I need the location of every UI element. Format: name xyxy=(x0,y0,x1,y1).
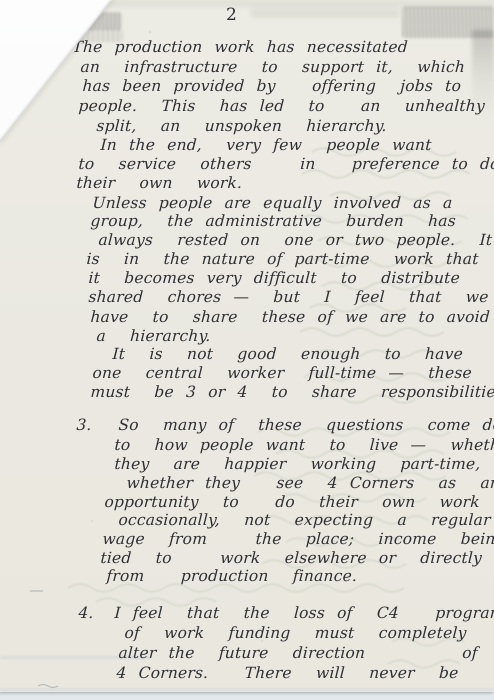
handwritten-line: 4 Corners. There will never be xyxy=(116,664,459,682)
handwritten-line: a hierarchy. xyxy=(96,327,211,345)
handwritten-line: shared chores — but I feel that we xyxy=(88,288,489,306)
handwritten-line: their own work. xyxy=(76,174,243,192)
list-number-3: 3. xyxy=(76,416,92,434)
handwritten-line: always rested on one or two people. It xyxy=(98,231,493,249)
handwritten-line: of work funding must completely xyxy=(124,624,467,642)
pencil-marks xyxy=(30,591,58,688)
handwritten-line: to how people want to live — whether xyxy=(114,436,494,454)
handwritten-line: tied to work elsewhere or directly xyxy=(100,549,482,567)
scanned-document: { "page": { "page_number": "2", "colors"… xyxy=(0,0,494,700)
handwritten-line: The production work has necessitated xyxy=(72,38,408,56)
handwritten-line: occasionally, not expecting a regular xyxy=(118,511,491,529)
handwritten-line: from production finance. xyxy=(106,567,358,585)
handwritten-line: In the end, very few people want xyxy=(100,136,432,154)
handwritten-line: Unless people are equally involved as a xyxy=(92,194,453,212)
handwritten-line: one central worker full-time — these xyxy=(92,364,472,382)
handwritten-line: people. This has led to an unhealthy xyxy=(78,97,485,115)
handwritten-line: split, an unspoken hierarchy. xyxy=(96,117,387,135)
handwritten-line: have to share these of we are to avoid xyxy=(90,308,490,326)
handwritten-line: they are happier working part-time, xyxy=(114,455,481,473)
handwritten-line: is in the nature of part-time work that xyxy=(86,250,479,268)
handwritten-line: an infrastructure to support it, which xyxy=(80,58,466,76)
handwritten-line: it becomes very difficult to distribute xyxy=(88,269,460,287)
handwritten-line: opportunity to do their own work xyxy=(104,493,480,511)
list-number-4: 4. xyxy=(78,604,94,622)
paper-wrap: 2 The production work has necessitatedan… xyxy=(0,0,494,700)
handwritten-line: So many of these questions come down xyxy=(118,416,494,434)
handwritten-line: alter the future direction of xyxy=(118,644,478,662)
handwritten-line: It is not good enough to have xyxy=(112,345,463,363)
handwritten-line: has been provided by offering jobs to xyxy=(82,77,462,95)
handwritten-line: to service others in preference to doing xyxy=(78,155,494,173)
handwritten-line: whether they see 4 Corners as an xyxy=(126,474,494,492)
handwritten-line: wage from the place; income being xyxy=(102,530,494,548)
handwritten-line: must be 3 or 4 to share responsibilities… xyxy=(90,383,494,401)
handwritten-line: group, the administrative burden has xyxy=(90,212,456,230)
handwritten-line: I feel that the loss of C4 programme xyxy=(114,604,494,622)
paper-page: 2 The production work has necessitatedan… xyxy=(0,0,494,692)
page-number: 2 xyxy=(226,5,237,25)
